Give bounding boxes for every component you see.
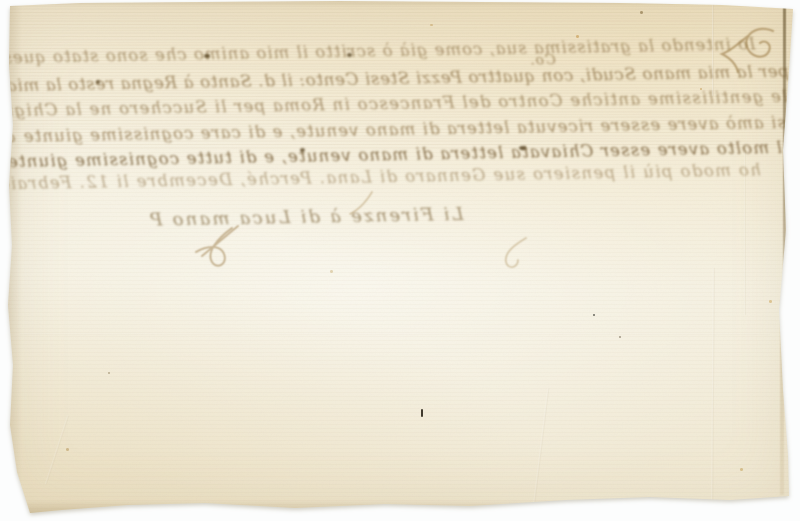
paper-vignette	[0, 0, 800, 521]
letter-sheet: Io intendo la gratissima sua, come già ò…	[0, 0, 800, 521]
foxing-speck	[784, 331, 788, 335]
scanned-letter-page: Io intendo la gratissima sua, come già ò…	[0, 0, 800, 521]
paper-shadow: Io intendo la gratissima sua, come già ò…	[0, 0, 800, 521]
